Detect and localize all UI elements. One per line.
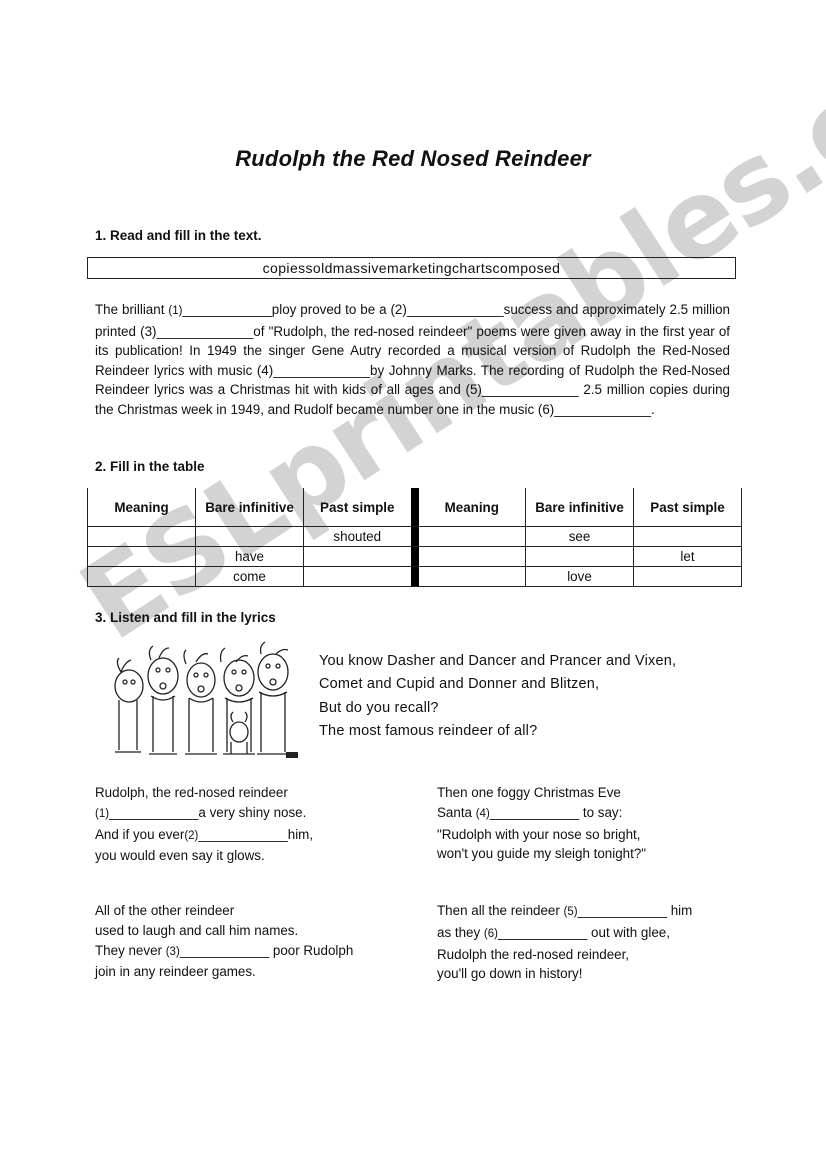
verb-table: MeaningBare infinitivePast simpleMeaning… — [87, 488, 742, 587]
section2-heading: 2. Fill in the table — [95, 459, 205, 474]
lyric-line: "Rudolph with your nose so bright, — [437, 825, 646, 845]
gap-number: (3) — [166, 946, 180, 958]
verse-3: All of the other reindeerused to laugh a… — [95, 901, 353, 982]
text-run: The brilliant — [95, 302, 168, 317]
text-run: Santa — [437, 805, 476, 820]
lyric-line: And if you ever(2)____________him, — [95, 825, 313, 847]
lyric-line: you would even say it glows. — [95, 846, 313, 866]
table-cell: let — [634, 547, 742, 567]
text-run: Then one foggy Christmas Eve — [437, 785, 621, 800]
blank-cell[interactable] — [418, 547, 526, 567]
lyric-line: won't you guide my sleigh tonight?" — [437, 844, 646, 864]
verse-1: Rudolph, the red-nosed reindeer(1)______… — [95, 783, 313, 866]
blank-cell[interactable] — [196, 527, 304, 547]
text-run: Then all the reindeer — [437, 903, 564, 918]
text-run: They never — [95, 943, 166, 958]
lyric-line: Comet and Cupid and Donner and Blitzen, — [319, 673, 676, 696]
table-header: Past simple — [634, 488, 742, 527]
table-row: comelove — [88, 567, 742, 587]
worksheet-page: ESLprintables.com Rudolph the Red Nosed … — [0, 0, 826, 1169]
lyric-line: The most famous reindeer of all? — [319, 720, 676, 743]
table-row: havelet — [88, 547, 742, 567]
lyric-line: join in any reindeer games. — [95, 962, 353, 982]
table-cell: come — [196, 567, 304, 587]
table-cell: see — [526, 527, 634, 547]
verse-2: Then one foggy Christmas EveSanta (4)___… — [437, 783, 646, 864]
text-run: All of the other reindeer — [95, 903, 234, 918]
blank-cell[interactable] — [418, 567, 526, 587]
text-run: ____________ to say: — [490, 805, 623, 820]
blank-cell[interactable] — [418, 527, 526, 547]
lyric-line: (1)____________a very shiny nose. — [95, 803, 313, 825]
blank-cell[interactable] — [304, 567, 412, 587]
blank-cell[interactable] — [634, 527, 742, 547]
text-run: ____________ out with glee, — [498, 925, 670, 940]
text-run: used to laugh and call him names. — [95, 923, 298, 938]
text-run: as they — [437, 925, 484, 940]
gap-number: (5) — [564, 906, 578, 918]
lyric-line: Rudolph, the red-nosed reindeer — [95, 783, 313, 803]
text-run: ____________him, — [198, 827, 313, 842]
text-run: ____________ poor Rudolph — [180, 943, 354, 958]
text-run: join in any reindeer games. — [95, 964, 256, 979]
table-cell: have — [196, 547, 304, 567]
reindeer-illustration — [101, 640, 301, 764]
blank-cell[interactable] — [88, 527, 196, 547]
page-title: Rudolph the Red Nosed Reindeer — [0, 146, 826, 172]
word-bank: copiessoldmassivemarketingchartscomposed — [87, 257, 736, 279]
lyric-line: Then one foggy Christmas Eve — [437, 783, 646, 803]
lyrics-intro: You know Dasher and Dancer and Prancer a… — [319, 650, 676, 743]
lyric-line: They never (3)____________ poor Rudolph — [95, 941, 353, 963]
text-run: And if you ever — [95, 827, 184, 842]
gap-number: (4) — [476, 808, 490, 820]
gap-number: (2) — [184, 830, 198, 842]
lyric-line: But do you recall? — [319, 697, 676, 720]
lyric-line: Santa (4)____________ to say: — [437, 803, 646, 825]
text-run: won't you guide my sleigh tonight?" — [437, 846, 646, 861]
table-header: Meaning — [418, 488, 526, 527]
gap-number: (1) — [168, 305, 182, 317]
blank-cell[interactable] — [634, 567, 742, 587]
lyric-line: Then all the reindeer (5)____________ hi… — [437, 901, 692, 923]
text-run: you'll go down in history! — [437, 966, 582, 981]
blank-cell[interactable] — [304, 547, 412, 567]
table-header: Past simple — [304, 488, 412, 527]
table-cell: love — [526, 567, 634, 587]
gap-number: (1) — [95, 808, 109, 820]
text-run: Rudolph the red-nosed reindeer, — [437, 947, 629, 962]
lyric-line: used to laugh and call him names. — [95, 921, 353, 941]
lyric-line: Rudolph the red-nosed reindeer, — [437, 945, 692, 965]
section1-heading: 1. Read and fill in the text. — [95, 228, 262, 243]
gap-fill-paragraph: The brilliant (1)____________ploy proved… — [95, 300, 730, 420]
text-run: "Rudolph with your nose so bright, — [437, 827, 641, 842]
lyric-line: as they (6)____________ out with glee, — [437, 923, 692, 945]
text-run: ____________a very shiny nose. — [109, 805, 306, 820]
blank-cell[interactable] — [526, 547, 634, 567]
lyric-line: you'll go down in history! — [437, 964, 692, 984]
table-row: shoutedsee — [88, 527, 742, 547]
table-header: Bare infinitive — [196, 488, 304, 527]
text-run: ____________ploy proved to be a (2)_____… — [95, 302, 730, 417]
verse-4: Then all the reindeer (5)____________ hi… — [437, 901, 692, 984]
table-cell: shouted — [304, 527, 412, 547]
text-run: Rudolph, the red-nosed reindeer — [95, 785, 288, 800]
text-run: ____________ him — [578, 903, 693, 918]
table-header: Bare infinitive — [526, 488, 634, 527]
blank-cell[interactable] — [88, 567, 196, 587]
lyric-line: All of the other reindeer — [95, 901, 353, 921]
blank-cell[interactable] — [88, 547, 196, 567]
text-run: you would even say it glows. — [95, 848, 265, 863]
table-header: Meaning — [88, 488, 196, 527]
gap-number: (6) — [484, 928, 498, 940]
section3-heading: 3. Listen and fill in the lyrics — [95, 610, 276, 625]
lyric-line: You know Dasher and Dancer and Prancer a… — [319, 650, 676, 673]
